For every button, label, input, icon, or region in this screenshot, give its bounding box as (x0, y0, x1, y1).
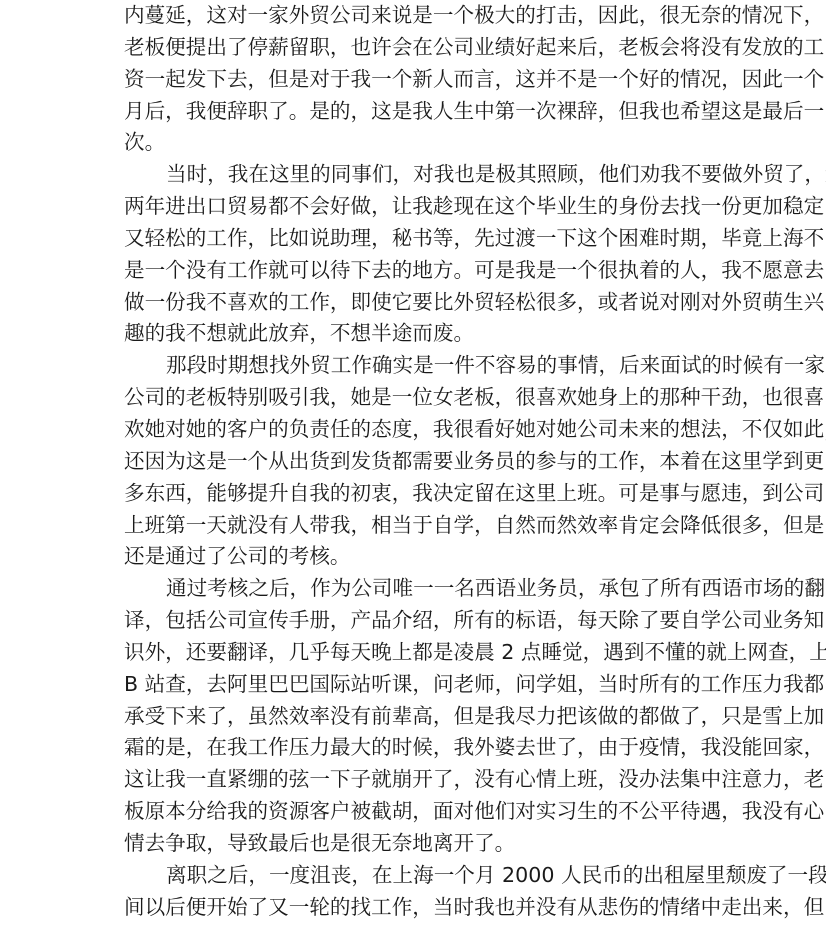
text-line: 欢她对她的客户的负责任的态度，我很看好她对她公司未来的想法，不仅如此， (124, 414, 704, 446)
text-line: 情去争取，导致最后也是很无奈地离开了。 (124, 828, 704, 860)
paragraph-1: 内蔓延，这对一家外贸公司来说是一个极大的打击，因此，很无奈的情况下， 老板便提出… (124, 0, 704, 159)
text-line: 离职之后，一度沮丧，在上海一个月 2000 人民币的出租屋里颓废了一段时 (124, 860, 704, 892)
text-line: 资一起发下去，但是对于我一个新人而言，这并不是一个好的情况，因此一个 (124, 64, 704, 96)
text-line: 是一个没有工作就可以待下去的地方。可是我是一个很执着的人，我不愿意去 (124, 255, 704, 287)
text-line: 承受下来了，虽然效率没有前辈高，但是我尽力把该做的都做了，只是雪上加 (124, 701, 704, 733)
text-line: 那段时期想找外贸工作确实是一件不容易的事情，后来面试的时候有一家 (124, 350, 704, 382)
text-line: 做一份我不喜欢的工作，即使它要比外贸轻松很多，或者说对刚对外贸萌生兴 (124, 287, 704, 319)
text-line: 内蔓延，这对一家外贸公司来说是一个极大的打击，因此，很无奈的情况下， (124, 0, 704, 32)
paragraph-3: 那段时期想找外贸工作确实是一件不容易的事情，后来面试的时候有一家 公司的老板特别… (124, 350, 704, 573)
text-line: 译，包括公司宣传手册，产品介绍，所有的标语，每天除了要自学公司业务知 (124, 605, 704, 637)
text-line: 当时，我在这里的同事们，对我也是极其照顾，他们劝我不要做外贸了，这 (124, 159, 704, 191)
text-line: 霜的是，在我工作压力最大的时候，我外婆去世了，由于疫情，我没能回家， (124, 732, 704, 764)
text-line: 趣的我不想就此放弃，不想半途而废。 (124, 318, 704, 350)
paragraph-4: 通过考核之后，作为公司唯一一名西语业务员，承包了所有西语市场的翻 译，包括公司宣… (124, 573, 704, 860)
text-line: 通过考核之后，作为公司唯一一名西语业务员，承包了所有西语市场的翻 (124, 573, 704, 605)
text-line: 还是通过了公司的考核。 (124, 541, 704, 573)
text-line: 老板便提出了停薪留职，也许会在公司业绩好起来后，老板会将没有发放的工 (124, 32, 704, 64)
text-line: 又轻松的工作，比如说助理，秘书等，先过渡一下这个困难时期，毕竟上海不 (124, 223, 704, 255)
text-line: 识外，还要翻译，几乎每天晚上都是凌晨 2 点睡觉，遇到不懂的就上网查，上 (124, 637, 704, 669)
text-line: 板原本分给我的资源客户被截胡，面对他们对实习生的不公平待遇，我没有心 (124, 796, 704, 828)
text-line: 上班第一天就没有人带我，相当于自学，自然而然效率肯定会降低很多，但是 (124, 510, 704, 542)
paragraph-2: 当时，我在这里的同事们，对我也是极其照顾，他们劝我不要做外贸了，这 两年进出口贸… (124, 159, 704, 350)
text-line: 次。 (124, 127, 704, 159)
text-line: 两年进出口贸易都不会好做，让我趁现在这个毕业生的身份去找一份更加稳定 (124, 191, 704, 223)
text-line: 月后，我便辞职了。是的，这是我人生中第一次裸辞，但我也希望这是最后一 (124, 96, 704, 128)
document-page: 内蔓延，这对一家外贸公司来说是一个极大的打击，因此，很无奈的情况下， 老板便提出… (124, 0, 704, 923)
text-line: 公司的老板特别吸引我，她是一位女老板，很喜欢她身上的那种干劲，也很喜 (124, 382, 704, 414)
text-line: B 站查，去阿里巴巴国际站听课，问老师，问学姐，当时所有的工作压力我都 (124, 669, 704, 701)
text-line: 还因为这是一个从出货到发货都需要业务员的参与的工作，本着在这里学到更 (124, 446, 704, 478)
paragraph-5: 离职之后，一度沮丧，在上海一个月 2000 人民币的出租屋里颓废了一段时 间以后… (124, 860, 704, 924)
text-line: 间以后便开始了又一轮的找工作，当时我也并没有从悲伤的情绪中走出来，但 (124, 892, 704, 924)
text-line: 多东西，能够提升自我的初衷，我决定留在这里上班。可是事与愿违，到公司 (124, 478, 704, 510)
text-line: 这让我一直紧绷的弦一下子就崩开了，没有心情上班，没办法集中注意力，老 (124, 764, 704, 796)
